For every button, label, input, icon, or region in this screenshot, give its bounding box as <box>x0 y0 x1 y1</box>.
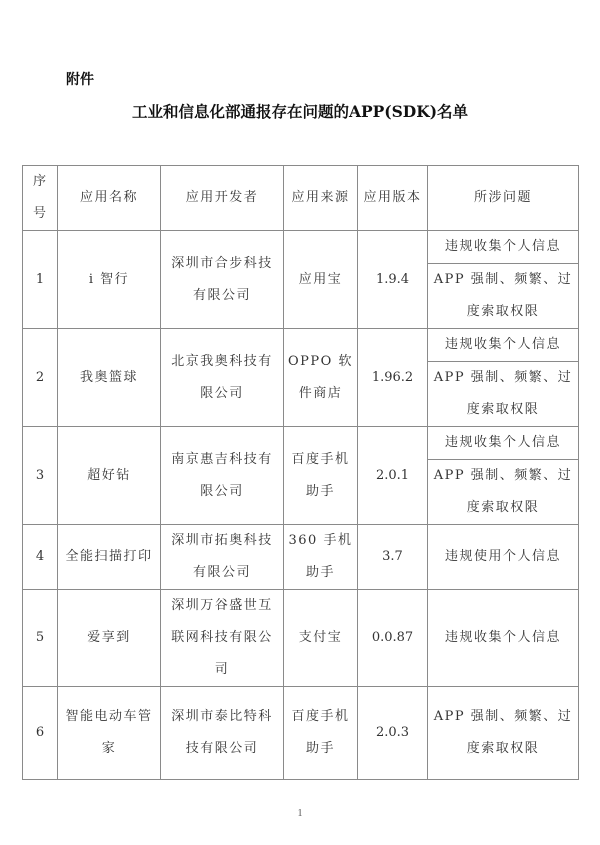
row-issue: 违规收集个人信息 <box>428 231 579 264</box>
row-index: 1 <box>23 231 58 329</box>
row-issue: APP 强制、频繁、过度索取权限 <box>428 362 579 427</box>
row-app-name: 我奥篮球 <box>58 329 161 427</box>
table-row: 3 超好钻 南京惠吉科技有限公司 百度手机助手 2.0.1 违规收集个人信息 <box>23 427 579 460</box>
row-index: 4 <box>23 525 58 590</box>
row-developer: 深圳万谷盛世互联网科技有限公司 <box>161 590 284 687</box>
row-developer: 深圳市拓奥科技有限公司 <box>161 525 284 590</box>
row-app-name: i 智行 <box>58 231 161 329</box>
row-source: 应用宝 <box>284 231 358 329</box>
row-source: 百度手机助手 <box>284 427 358 525</box>
row-version: 0.0.87 <box>358 590 428 687</box>
table-row: 6 智能电动车管家 深圳市泰比特科技有限公司 百度手机助手 2.0.3 APP … <box>23 687 579 780</box>
table-row: 1 i 智行 深圳市合步科技有限公司 应用宝 1.9.4 违规收集个人信息 <box>23 231 579 264</box>
document-title: 工业和信息化部通报存在问题的APP(SDK)名单 <box>0 100 600 122</box>
row-index: 6 <box>23 687 58 780</box>
row-version: 2.0.1 <box>358 427 428 525</box>
row-app-name: 超好钻 <box>58 427 161 525</box>
row-version: 1.96.2 <box>358 329 428 427</box>
page-number: 1 <box>0 808 600 819</box>
row-app-name: 爱享到 <box>58 590 161 687</box>
row-source: 支付宝 <box>284 590 358 687</box>
row-issue: 违规使用个人信息 <box>428 525 579 590</box>
app-list-table: 序号 应用名称 应用开发者 应用来源 应用版本 所涉问题 1 i 智行 深圳市合… <box>22 165 579 780</box>
row-version: 3.7 <box>358 525 428 590</box>
row-issue: APP 强制、频繁、过度索取权限 <box>428 687 579 780</box>
row-issue: 违规收集个人信息 <box>428 329 579 362</box>
table-row: 4 全能扫描打印 深圳市拓奥科技有限公司 360 手机助手 3.7 违规使用个人… <box>23 525 579 590</box>
row-source: OPPO 软件商店 <box>284 329 358 427</box>
table-row: 5 爱享到 深圳万谷盛世互联网科技有限公司 支付宝 0.0.87 违规收集个人信… <box>23 590 579 687</box>
row-version: 2.0.3 <box>358 687 428 780</box>
row-developer: 北京我奥科技有限公司 <box>161 329 284 427</box>
row-app-name: 全能扫描打印 <box>58 525 161 590</box>
header-version: 应用版本 <box>358 166 428 231</box>
row-issue: APP 强制、频繁、过度索取权限 <box>428 460 579 525</box>
row-index: 5 <box>23 590 58 687</box>
table-row: 2 我奥篮球 北京我奥科技有限公司 OPPO 软件商店 1.96.2 违规收集个… <box>23 329 579 362</box>
row-developer: 深圳市泰比特科技有限公司 <box>161 687 284 780</box>
header-issues: 所涉问题 <box>428 166 579 231</box>
row-index: 3 <box>23 427 58 525</box>
row-app-name: 智能电动车管家 <box>58 687 161 780</box>
row-version: 1.9.4 <box>358 231 428 329</box>
row-index: 2 <box>23 329 58 427</box>
header-index: 序号 <box>23 166 58 231</box>
row-source: 百度手机助手 <box>284 687 358 780</box>
attachment-label: 附件 <box>66 69 94 89</box>
row-issue: APP 强制、频繁、过度索取权限 <box>428 264 579 329</box>
row-developer: 南京惠吉科技有限公司 <box>161 427 284 525</box>
header-source: 应用来源 <box>284 166 358 231</box>
table-header-row: 序号 应用名称 应用开发者 应用来源 应用版本 所涉问题 <box>23 166 579 231</box>
row-issue: 违规收集个人信息 <box>428 427 579 460</box>
row-source: 360 手机助手 <box>284 525 358 590</box>
header-developer: 应用开发者 <box>161 166 284 231</box>
row-developer: 深圳市合步科技有限公司 <box>161 231 284 329</box>
row-issue: 违规收集个人信息 <box>428 590 579 687</box>
header-app-name: 应用名称 <box>58 166 161 231</box>
